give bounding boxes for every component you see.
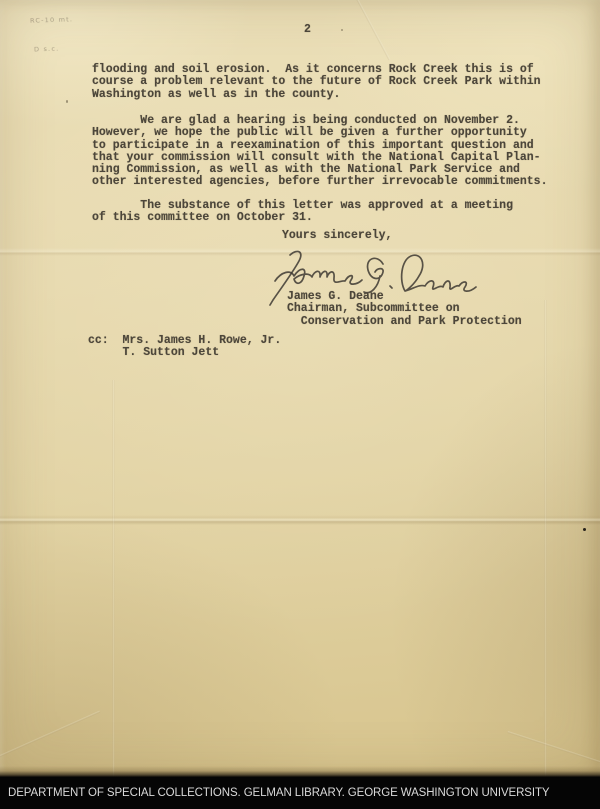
pencil-annotation-2: D s.c.: [34, 45, 60, 54]
cc-block: cc: Mrs. James H. Rowe, Jr. T. Sutton Je…: [88, 335, 281, 360]
signature-block: James G. Deane Chairman, Subcommittee on…: [287, 291, 522, 328]
scanned-letter-page: RC-10 mt. D s.c. 2 flooding and soil ero…: [0, 0, 600, 809]
archive-footer-bar: DEPARTMENT OF SPECIAL COLLECTIONS. GELMA…: [0, 777, 600, 809]
letter-paragraph-1: flooding and soil erosion. As it concern…: [92, 64, 541, 101]
archive-footer-text: DEPARTMENT OF SPECIAL COLLECTIONS. GELMA…: [0, 787, 549, 799]
paper-bottom-edge: [0, 766, 600, 777]
letter-paragraph-3: The substance of this letter was approve…: [92, 200, 513, 225]
page-number: 2: [304, 24, 311, 36]
closing-salutation: Yours sincerely,: [282, 230, 392, 242]
letter-paragraph-2: We are glad a hearing is being conducted…: [92, 115, 547, 189]
pencil-annotation-1: RC-10 mt.: [30, 15, 73, 25]
